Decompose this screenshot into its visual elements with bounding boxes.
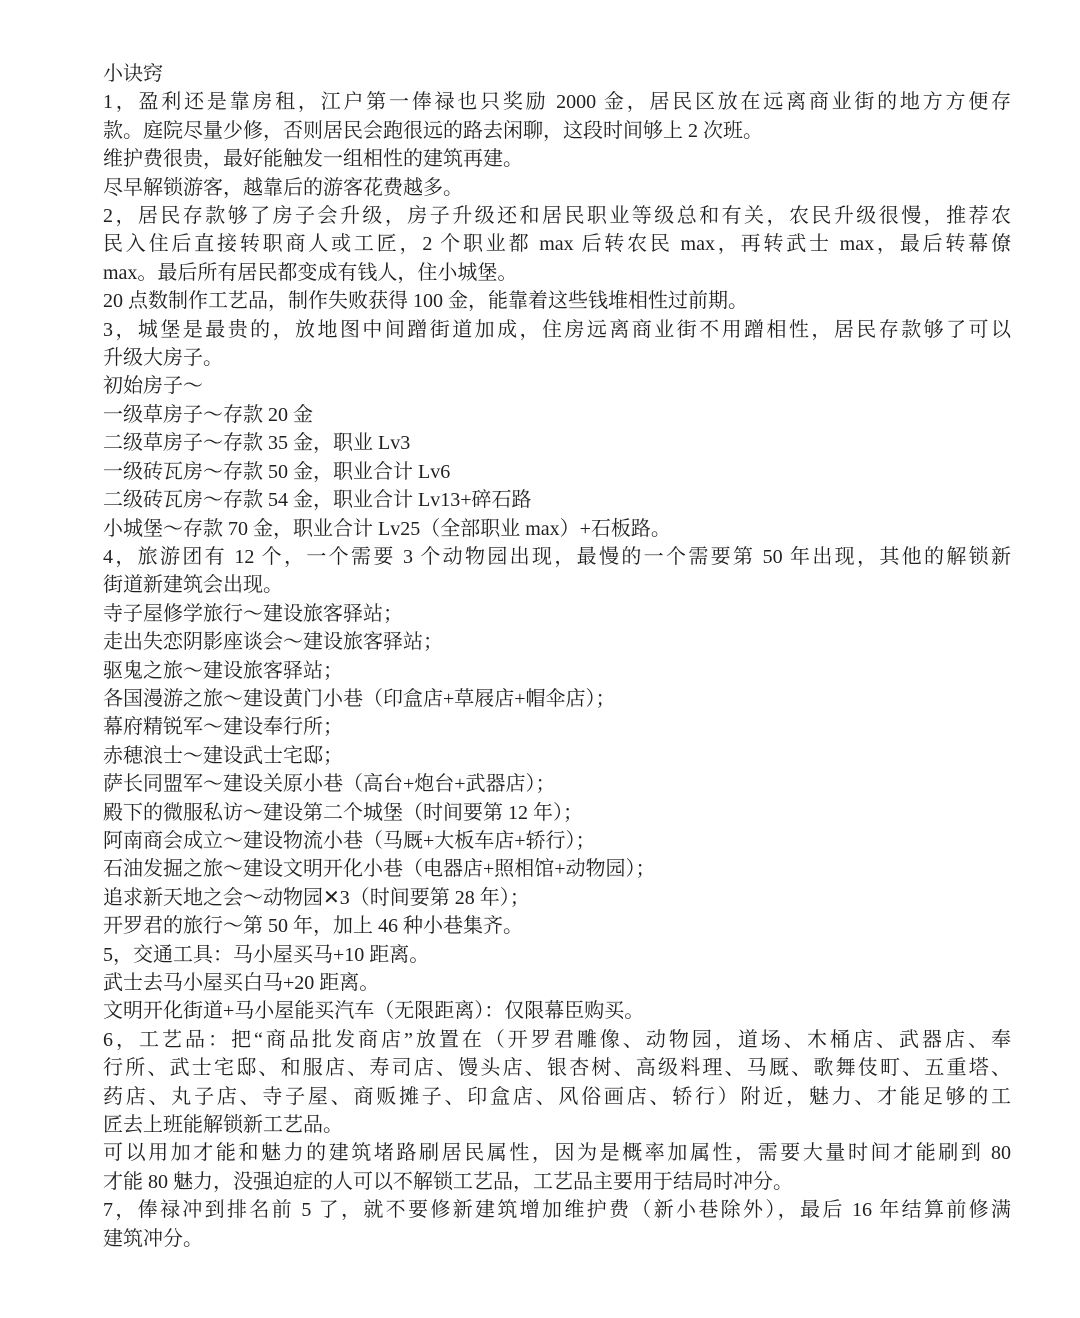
text-line-11: 初始房子～ xyxy=(103,372,1011,400)
text-line-37: 匠去上班能解锁新工艺品。 xyxy=(103,1111,1011,1139)
text-line-18: 街道新建筑会出现。 xyxy=(103,571,1011,599)
text-line-3: 维护费很贵，最好能触发一组相性的建筑再建。 xyxy=(103,145,1011,173)
text-line-0: 小诀窍 xyxy=(103,60,1011,88)
text-line-29: 追求新天地之会～动物园✕3（时间要第 28 年）； xyxy=(103,884,1011,912)
text-line-41: 建筑冲分。 xyxy=(103,1225,1011,1253)
text-line-30: 开罗君的旅行～第 50 年，加上 46 种小巷集齐。 xyxy=(103,912,1011,940)
text-line-38: 可以用加才能和魅力的建筑堵路刷居民属性，因为是概率加属性，需要大量时间才能刷到 … xyxy=(103,1139,1011,1167)
text-line-32: 武士去马小屋买白马+20 距离。 xyxy=(103,969,1011,997)
text-line-39: 才能 80 魅力，没强迫症的人可以不解锁工艺品，工艺品主要用于结局时冲分。 xyxy=(103,1168,1011,1196)
text-line-35: 行所、武士宅邸、和服店、寿司店、馒头店、银杏树、高级料理、马厩、歌舞伎町、五重塔… xyxy=(103,1054,1011,1082)
text-line-24: 赤穂浪士～建设武士宅邸； xyxy=(103,742,1011,770)
text-line-2: 款。庭院尽量少修，否则居民会跑很远的路去闲聊，这段时间够上 2 次班。 xyxy=(103,117,1011,145)
text-line-34: 6，工艺品：把“商品批发商店”放置在（开罗君雕像、动物园，道场、木桶店、武器店、… xyxy=(103,1026,1011,1054)
text-line-27: 阿南商会成立～建设物流小巷（马厩+大板车店+轿行）； xyxy=(103,827,1011,855)
document-page: 小诀窍1，盈利还是靠房租，江户第一俸禄也只奖励 2000 金，居民区放在远离商业… xyxy=(103,60,1011,1253)
text-line-14: 一级砖瓦房～存款 50 金，职业合计 Lv6 xyxy=(103,458,1011,486)
text-line-7: max。最后所有居民都变成有钱人，住小城堡。 xyxy=(103,259,1011,287)
text-line-31: 5，交通工具：马小屋买马+10 距离。 xyxy=(103,941,1011,969)
text-line-36: 药店、丸子店、寺子屋、商贩摊子、印盒店、风俗画店、轿行）附近，魅力、才能足够的工 xyxy=(103,1083,1011,1111)
text-line-5: 2，居民存款够了房子会升级，房子升级还和居民职业等级总和有关，农民升级很慢，推荐… xyxy=(103,202,1011,230)
text-line-15: 二级砖瓦房～存款 54 金，职业合计 Lv13+碎石路 xyxy=(103,486,1011,514)
text-line-21: 驱鬼之旅～建设旅客驿站； xyxy=(103,657,1011,685)
text-line-28: 石油发掘之旅～建设文明开化小巷（电器店+照相馆+动物园）； xyxy=(103,855,1011,883)
text-line-19: 寺子屋修学旅行～建设旅客驿站； xyxy=(103,600,1011,628)
text-line-17: 4，旅游团有 12 个，一个需要 3 个动物园出现，最慢的一个需要第 50 年出… xyxy=(103,543,1011,571)
text-line-40: 7，俸禄冲到排名前 5 了，就不要修新建筑增加维护费（新小巷除外），最后 16 … xyxy=(103,1196,1011,1224)
text-line-8: 20 点数制作工艺品，制作失败获得 100 金，能靠着这些钱堆相性过前期。 xyxy=(103,287,1011,315)
text-line-25: 萨长同盟军～建设关原小巷（高台+炮台+武器店）； xyxy=(103,770,1011,798)
text-line-1: 1，盈利还是靠房租，江户第一俸禄也只奖励 2000 金，居民区放在远离商业街的地… xyxy=(103,88,1011,116)
text-line-20: 走出失恋阴影座谈会～建设旅客驿站； xyxy=(103,628,1011,656)
text-line-22: 各国漫游之旅～建设黄门小巷（印盒店+草屐店+帽伞店）； xyxy=(103,685,1011,713)
text-line-23: 幕府精锐军～建设奉行所； xyxy=(103,713,1011,741)
text-line-26: 殿下的微服私访～建设第二个城堡（时间要第 12 年）； xyxy=(103,799,1011,827)
text-line-9: 3，城堡是最贵的，放地图中间蹭街道加成，住房远离商业街不用蹭相性，居民存款够了可… xyxy=(103,316,1011,344)
text-line-10: 升级大房子。 xyxy=(103,344,1011,372)
text-line-33: 文明开化街道+马小屋能买汽车（无限距离）：仅限幕臣购买。 xyxy=(103,997,1011,1025)
text-line-4: 尽早解锁游客，越靠后的游客花费越多。 xyxy=(103,174,1011,202)
text-line-13: 二级草房子～存款 35 金，职业 Lv3 xyxy=(103,429,1011,457)
text-line-6: 民入住后直接转职商人或工匠，2 个职业都 max 后转农民 max，再转武士 m… xyxy=(103,230,1011,258)
text-line-16: 小城堡～存款 70 金，职业合计 Lv25（全部职业 max）+石板路。 xyxy=(103,515,1011,543)
text-line-12: 一级草房子～存款 20 金 xyxy=(103,401,1011,429)
